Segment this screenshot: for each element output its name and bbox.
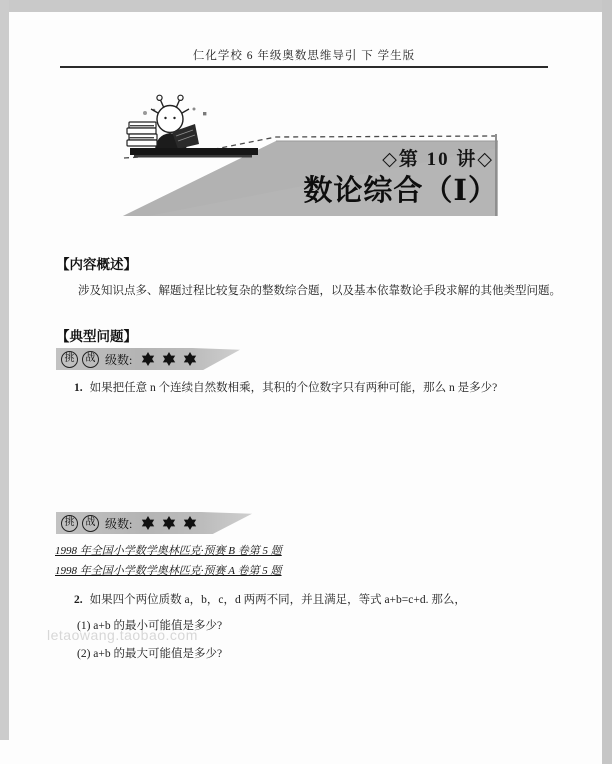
scan-border-right bbox=[602, 0, 612, 764]
challenge-level-badge-1: 挑 战 级数: bbox=[56, 348, 240, 370]
typical-problems-heading: 【典型问题】 bbox=[56, 325, 137, 345]
reading-character-icon bbox=[120, 92, 270, 162]
star-rating bbox=[141, 516, 197, 530]
scanned-document-page: 仁化学校 6 年级奥数思维导引 下 学生版 bbox=[0, 0, 612, 764]
star-icon bbox=[141, 352, 155, 366]
star-icon bbox=[183, 516, 197, 530]
circled-tiao-char: 挑 bbox=[61, 515, 78, 532]
circled-tiao-char: 挑 bbox=[61, 351, 78, 368]
circled-zhan-char: 战 bbox=[82, 351, 99, 368]
star-icon bbox=[162, 352, 176, 366]
problem-1: 1.如果把任意 n 个连续自然数相乘，其积的个位数字只有两种可能，那么 n 是多… bbox=[74, 379, 497, 395]
problem-2: 2.如果四个两位质数 a，b，c，d 两两不同，并且满足，等式 a+b=c+d.… bbox=[74, 591, 466, 607]
problem-1-text: 如果把任意 n 个连续自然数相乘，其积的个位数字只有两种可能，那么 n 是多少? bbox=[90, 382, 498, 394]
star-icon bbox=[162, 516, 176, 530]
header-rule bbox=[60, 66, 548, 68]
level-label: 级数: bbox=[105, 351, 132, 368]
overview-heading: 【内容概述】 bbox=[56, 253, 137, 273]
problem-1-number: 1. bbox=[74, 382, 83, 394]
problem-2-text: 如果四个两位质数 a，b，c，d 两两不同，并且满足，等式 a+b=c+d. 那… bbox=[90, 594, 466, 606]
circled-zhan-char: 战 bbox=[82, 515, 99, 532]
scan-border-left bbox=[0, 0, 9, 740]
running-header: 仁化学校 6 年级奥数思维导引 下 学生版 bbox=[60, 47, 548, 63]
level-label: 级数: bbox=[105, 515, 132, 532]
scan-border-top bbox=[0, 0, 612, 12]
star-icon bbox=[183, 352, 197, 366]
lecture-number: ◇第 10 讲◇ bbox=[382, 144, 494, 171]
taobao-watermark: letaowang.taobao.com bbox=[47, 627, 198, 643]
problem-2-number: 2. bbox=[74, 594, 83, 606]
challenge-level-badge-2: 挑 战 级数: bbox=[56, 512, 252, 534]
problem-2-source-b: 1998 年全国小学数学奥林匹克·预赛 B 卷第 5 题 bbox=[55, 542, 282, 558]
problem-2-sub2: (2) a+b 的最大可能值是多少? bbox=[77, 645, 222, 661]
star-rating bbox=[141, 352, 197, 366]
problem-2-source-a: 1998 年全国小学数学奥林匹克·预赛 A 卷第 5 题 bbox=[55, 562, 282, 578]
overview-text: 涉及知识点多、解题过程比较复杂的整数综合题，以及基本依靠数论手段求解的其他类型问… bbox=[78, 282, 561, 298]
chapter-title: 数论综合（Ⅰ） bbox=[303, 168, 498, 209]
chapter-banner: ◇第 10 讲◇ 数论综合（Ⅰ） bbox=[118, 88, 498, 216]
star-icon bbox=[141, 516, 155, 530]
